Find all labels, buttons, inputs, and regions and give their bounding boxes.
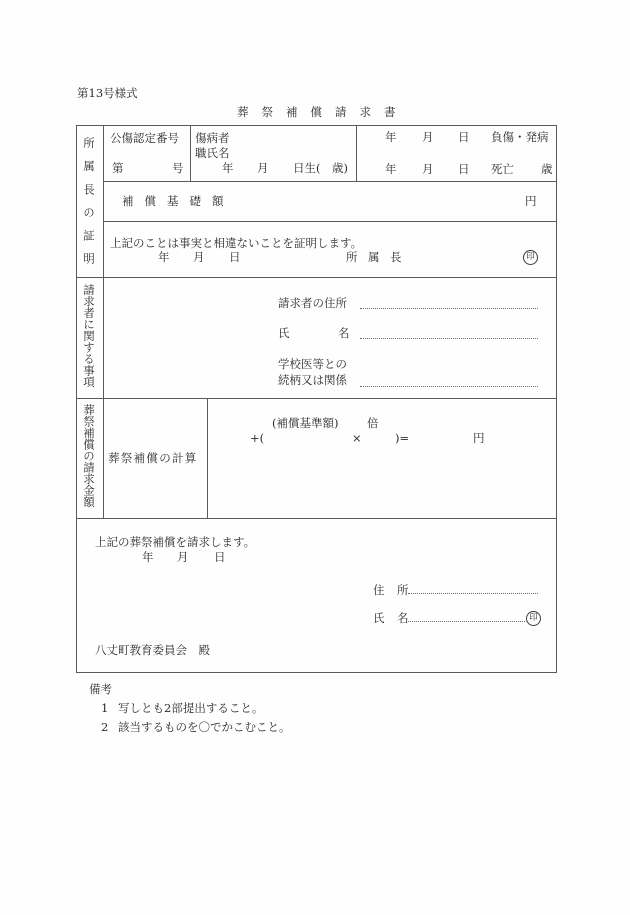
death-year-label: 年 bbox=[385, 163, 397, 175]
request-date-year: 年 bbox=[142, 551, 154, 563]
note-number: 2 bbox=[101, 721, 108, 733]
cert-no-label: 公傷認定番号 bbox=[110, 132, 179, 144]
relation-label-1: 学校医等との bbox=[278, 358, 347, 370]
signer-label: 所属長 bbox=[346, 251, 412, 263]
patient-name-input[interactable] bbox=[235, 140, 350, 153]
request-name-label-2: 名 bbox=[397, 612, 409, 624]
patient-label: 傷病者 bbox=[195, 132, 230, 144]
base-amount-label: 補償基礎額 bbox=[122, 195, 235, 207]
request-date-month: 月 bbox=[177, 551, 189, 563]
age-label: 歳) bbox=[332, 162, 348, 174]
note-text: 写しとも2部提出すること。 bbox=[118, 702, 263, 714]
divider bbox=[76, 518, 556, 519]
divider bbox=[76, 277, 556, 278]
request-statement: 上記の葬祭補償を請求します。 bbox=[95, 536, 255, 548]
section-label-claim-amount: 葬祭補償の請求金額 bbox=[83, 404, 95, 508]
notes-heading: 備考 bbox=[89, 683, 112, 695]
base-standard-input[interactable] bbox=[268, 431, 348, 444]
death-label: 死亡 bbox=[491, 163, 514, 175]
death-day-label: 日 bbox=[458, 163, 470, 175]
section-label-claimant: 請求者に関する事項 bbox=[83, 284, 95, 388]
claimant-name-label-2: 名 bbox=[338, 327, 350, 339]
times-sign: × bbox=[352, 432, 362, 444]
claimant-name-input[interactable] bbox=[360, 326, 538, 339]
claimant-address-input[interactable] bbox=[360, 296, 538, 309]
claimant-address-label: 請求者の住所 bbox=[278, 297, 347, 309]
cert-no-input[interactable] bbox=[127, 161, 169, 174]
divider bbox=[103, 125, 104, 518]
divider bbox=[190, 125, 191, 181]
claim-amount-input[interactable] bbox=[415, 431, 470, 444]
cert-date-year: 年 bbox=[158, 251, 170, 263]
base-standard-label: (補償基準額) bbox=[272, 417, 338, 429]
divider bbox=[356, 125, 357, 181]
relation-input[interactable] bbox=[360, 374, 538, 387]
divider bbox=[103, 221, 556, 222]
seal-icon: 印 bbox=[523, 250, 538, 265]
request-address-label-1: 住 bbox=[373, 584, 385, 596]
divider bbox=[207, 398, 208, 518]
multiplier-input[interactable] bbox=[366, 431, 392, 444]
death-age-label: 歳 bbox=[541, 163, 553, 175]
onset-day-label: 日 bbox=[458, 131, 470, 143]
request-date-day: 日 bbox=[214, 551, 226, 563]
cert-date-day: 日 bbox=[229, 251, 241, 263]
multiplier-label: 倍 bbox=[367, 417, 379, 429]
name-label: 職氏名 bbox=[195, 147, 230, 159]
addressee: 八丈町教育委員会 殿 bbox=[95, 644, 210, 656]
section-label-certification: 所属長の証明 bbox=[83, 137, 95, 276]
onset-month-label: 月 bbox=[422, 131, 434, 143]
cert-no-suffix: 号 bbox=[172, 162, 184, 174]
divider bbox=[76, 398, 556, 399]
yen-unit: 円 bbox=[525, 195, 537, 207]
birth-year-label: 年 bbox=[222, 162, 234, 174]
calc-label: 葬祭補償の計算 bbox=[108, 452, 198, 464]
cert-date-month: 月 bbox=[193, 251, 205, 263]
birth-month-label: 月 bbox=[257, 162, 269, 174]
note-number: 1 bbox=[101, 702, 108, 714]
form-number: 第13号様式 bbox=[77, 87, 138, 99]
divider bbox=[103, 181, 556, 182]
death-month-label: 月 bbox=[422, 163, 434, 175]
cert-no-prefix: 第 bbox=[112, 162, 124, 174]
note-text: 該当するものを〇でかこむこと。 bbox=[118, 721, 291, 733]
request-name-label-1: 氏 bbox=[373, 612, 385, 624]
certification-statement: 上記のことは事実と相違ないことを証明します。 bbox=[110, 237, 362, 249]
relation-label-2: 続柄又は関係 bbox=[278, 374, 347, 386]
close-equals: )= bbox=[395, 432, 409, 444]
plus-paren: +( bbox=[250, 432, 264, 444]
injury-illness-option[interactable]: 負傷・発病 bbox=[491, 131, 549, 143]
claim-yen-unit: 円 bbox=[473, 432, 485, 444]
request-address-label-2: 所 bbox=[397, 584, 409, 596]
request-name-input[interactable] bbox=[408, 609, 525, 622]
birth-day-label: 日生( bbox=[293, 162, 321, 174]
page-title: 葬祭補償請求書 bbox=[237, 106, 409, 118]
base-amount-input[interactable] bbox=[300, 194, 500, 207]
request-address-input[interactable] bbox=[408, 581, 538, 594]
seal-icon: 印 bbox=[526, 611, 541, 626]
onset-year-label: 年 bbox=[385, 131, 397, 143]
claimant-name-label-1: 氏 bbox=[278, 327, 290, 339]
